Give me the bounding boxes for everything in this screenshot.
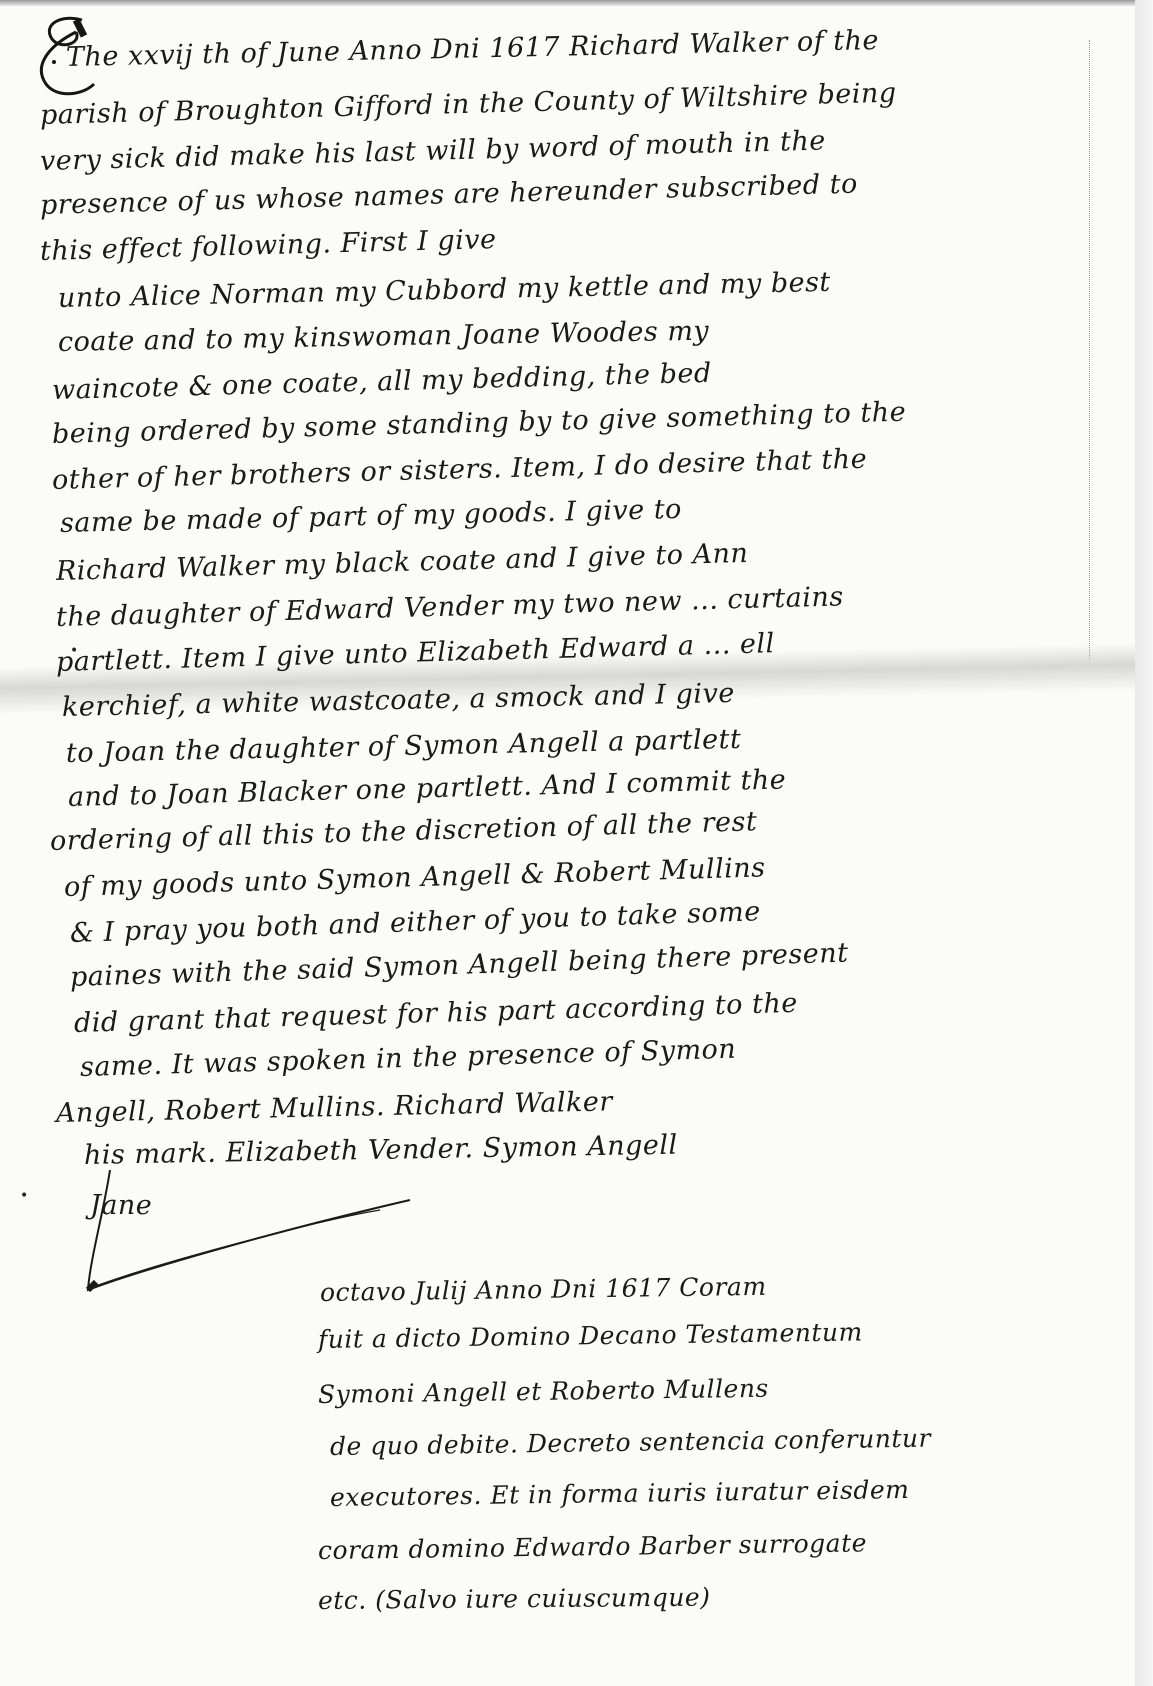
will-line: same be made of part of my goods. I give… [60, 494, 683, 539]
will-line: the daughter of Edward Vender my two new… [56, 581, 844, 633]
will-line: and to Joan Blacker one partlett. And I … [68, 764, 787, 813]
will-line: same. It was spoken in the presence of S… [80, 1034, 737, 1083]
will-line: this effect following. First I give [40, 224, 497, 267]
will-line: of my goods unto Symon Angell & Robert M… [64, 852, 766, 903]
will-line: The xxvij th of June Anno Dni 1617 Richa… [66, 25, 880, 73]
will-line: unto Alice Norman my Cubbord my kettle a… [58, 267, 831, 314]
will-line: to Joan the daughter of Symon Angell a p… [66, 724, 742, 769]
will-line: presence of us whose names are hereunder… [40, 169, 859, 221]
will-line: & I pray you both and either of you to t… [70, 896, 762, 949]
probate-line: etc. (Salvo iure cuiuscumque) [318, 1583, 711, 1615]
scan-top-edge [0, 0, 1153, 6]
scan-margin-strip [1135, 0, 1153, 1686]
will-line: waincote & one coate, all my bedding, th… [52, 358, 712, 406]
probate-line: fuit a dicto Domino Decano Testamentum [318, 1317, 863, 1354]
probate-line: Symoni Angell et Roberto Mullens [318, 1374, 769, 1409]
margin-rule [1089, 40, 1090, 660]
will-line: being ordered by some standing by to giv… [52, 397, 907, 450]
will-line: Richard Walker my black coate and I give… [56, 538, 749, 587]
will-line: paines with the said Symon Angell being … [70, 938, 849, 993]
will-line: Angell, Robert Mullins. Richard Walker [56, 1086, 613, 1129]
will-line: his mark. Elizabeth Vender. Symon Angell [84, 1130, 678, 1171]
will-line: very sick did make his last will by word… [40, 125, 827, 177]
probate-line: executores. Et in forma iuris iuratur ei… [330, 1475, 910, 1512]
will-line: coate and to my kinswoman Joane Woodes m… [58, 316, 710, 358]
manuscript-page: The xxvij th of June Anno Dni 1617 Richa… [0, 0, 1135, 1686]
probate-line: coram domino Edwardo Barber surrogate [318, 1528, 867, 1565]
will-line: parish of Broughton Gifford in the Count… [40, 78, 897, 131]
margin-mark: • [70, 643, 78, 659]
will-line: other of her brothers or sisters. Item, … [52, 444, 868, 496]
probate-line: de quo debite. Decreto sentencia conferu… [330, 1424, 931, 1461]
margin-mark: • [20, 1188, 28, 1204]
will-line: did grant that request for his part acco… [74, 988, 799, 1039]
will-line: ordering of all this to the discretion o… [50, 806, 758, 857]
probate-line: octavo Julij Anno Dni 1617 Coram [320, 1272, 767, 1307]
